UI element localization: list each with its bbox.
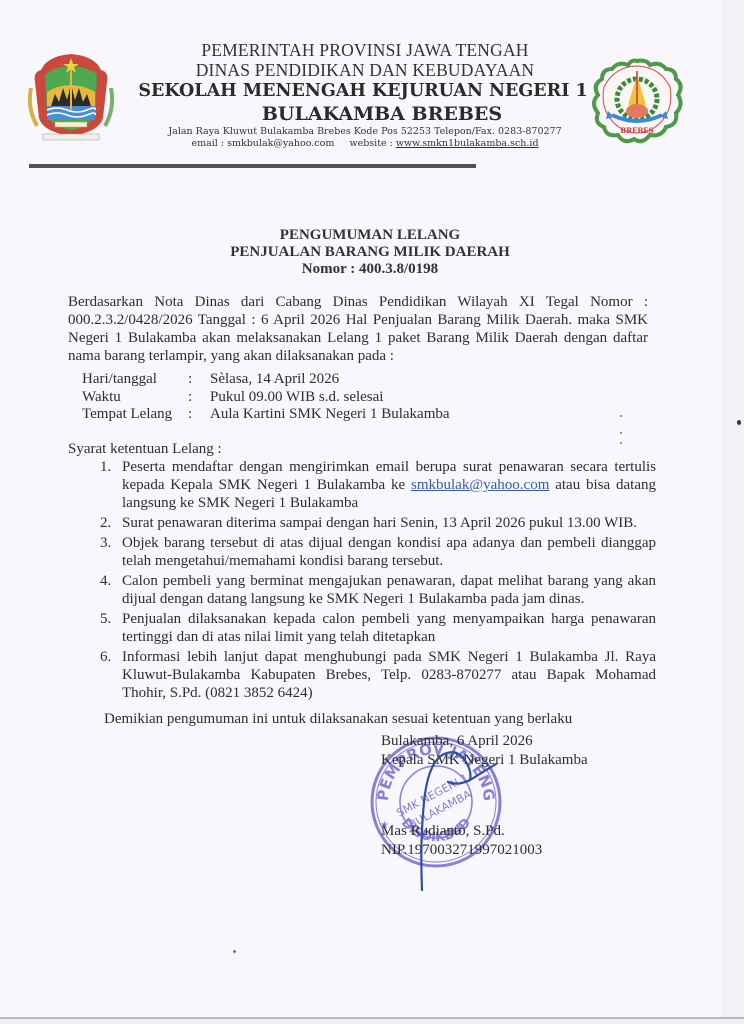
handwritten-signature-icon <box>418 742 498 892</box>
school-emblem-text: BREBES <box>620 126 653 135</box>
email-link[interactable]: smkbulak@yahoo.com <box>411 477 549 493</box>
terms-item: 3. Objek barang tersebut di atas dijual … <box>100 534 656 570</box>
terms-item: 5. Penjualan dilaksanakan kepada calon p… <box>100 610 656 646</box>
terms-item: 2. Surat penawaran diterima sampai denga… <box>100 514 656 532</box>
scanner-bed-right <box>722 0 744 1017</box>
letterhead-school-name: SEKOLAH MENENGAH KEJURUAN NEGERI 1 <box>126 80 600 102</box>
scan-speck <box>620 415 622 417</box>
letterhead-address: Jalan Raya Kluwut Bulakamba Brebes Kode … <box>130 126 600 138</box>
letterhead-department: DINAS PENDIDIKAN DAN KEBUDAYAAN <box>130 60 600 80</box>
letterhead-divider-right <box>29 164 476 168</box>
page-bottom-edge <box>0 1017 744 1019</box>
document-number: Nomor : 400.3.8/0198 <box>0 260 744 278</box>
letterhead-website-link[interactable]: www.smkn1bulakamba.sch.id <box>396 138 539 149</box>
scan-speck <box>233 950 236 953</box>
province-emblem-icon <box>27 48 115 148</box>
schedule-row-venue: Tempat Lelang:Aula Kartini SMK Negeri 1 … <box>82 405 450 423</box>
letterhead: PEMERINTAH PROVINSI JAWA TENGAH DINAS PE… <box>130 40 600 150</box>
scan-speck <box>737 420 741 425</box>
scan-speck <box>620 432 622 434</box>
terms-item: 6. Informasi lebih lanjut dapat menghubu… <box>100 648 656 702</box>
letterhead-website-label: website : <box>349 138 395 149</box>
closing-statement: Demikian pengumuman ini untuk dilaksanak… <box>104 710 572 728</box>
school-emblem-icon: BREBES <box>590 57 684 147</box>
letterhead-contact: email : smkbulak@yahoo.com website : www… <box>130 138 600 150</box>
intro-paragraph: Berdasarkan Nota Dinas dari Cabang Dinas… <box>68 293 648 365</box>
scan-speck <box>620 442 622 444</box>
document-subtitle: PENJUALAN BARANG MILIK DAERAH <box>0 243 744 261</box>
schedule-row-date: Hari/tanggal:Sèlasa, 14 April 2026 <box>82 370 450 388</box>
letterhead-email: email : smkbulak@yahoo.com <box>191 138 334 149</box>
terms-item: 4. Calon pembeli yang berminat mengajuka… <box>100 572 656 608</box>
document-title: PENGUMUMAN LELANG <box>0 226 744 244</box>
schedule-row-time: Waktu:Pukul 09.00 WIB s.d. selesai <box>82 388 450 406</box>
terms-list: 1. Peserta mendaftar dengan mengirimkan … <box>100 458 656 704</box>
letterhead-school-location: BULAKAMBA BREBES <box>130 102 600 126</box>
auction-schedule: Hari/tanggal:Sèlasa, 14 April 2026 Waktu… <box>82 370 450 423</box>
letterhead-government: PEMERINTAH PROVINSI JAWA TENGAH <box>130 40 600 60</box>
terms-item: 1. Peserta mendaftar dengan mengirimkan … <box>100 458 656 512</box>
terms-heading: Syarat ketentuan Lelang : <box>68 440 222 458</box>
